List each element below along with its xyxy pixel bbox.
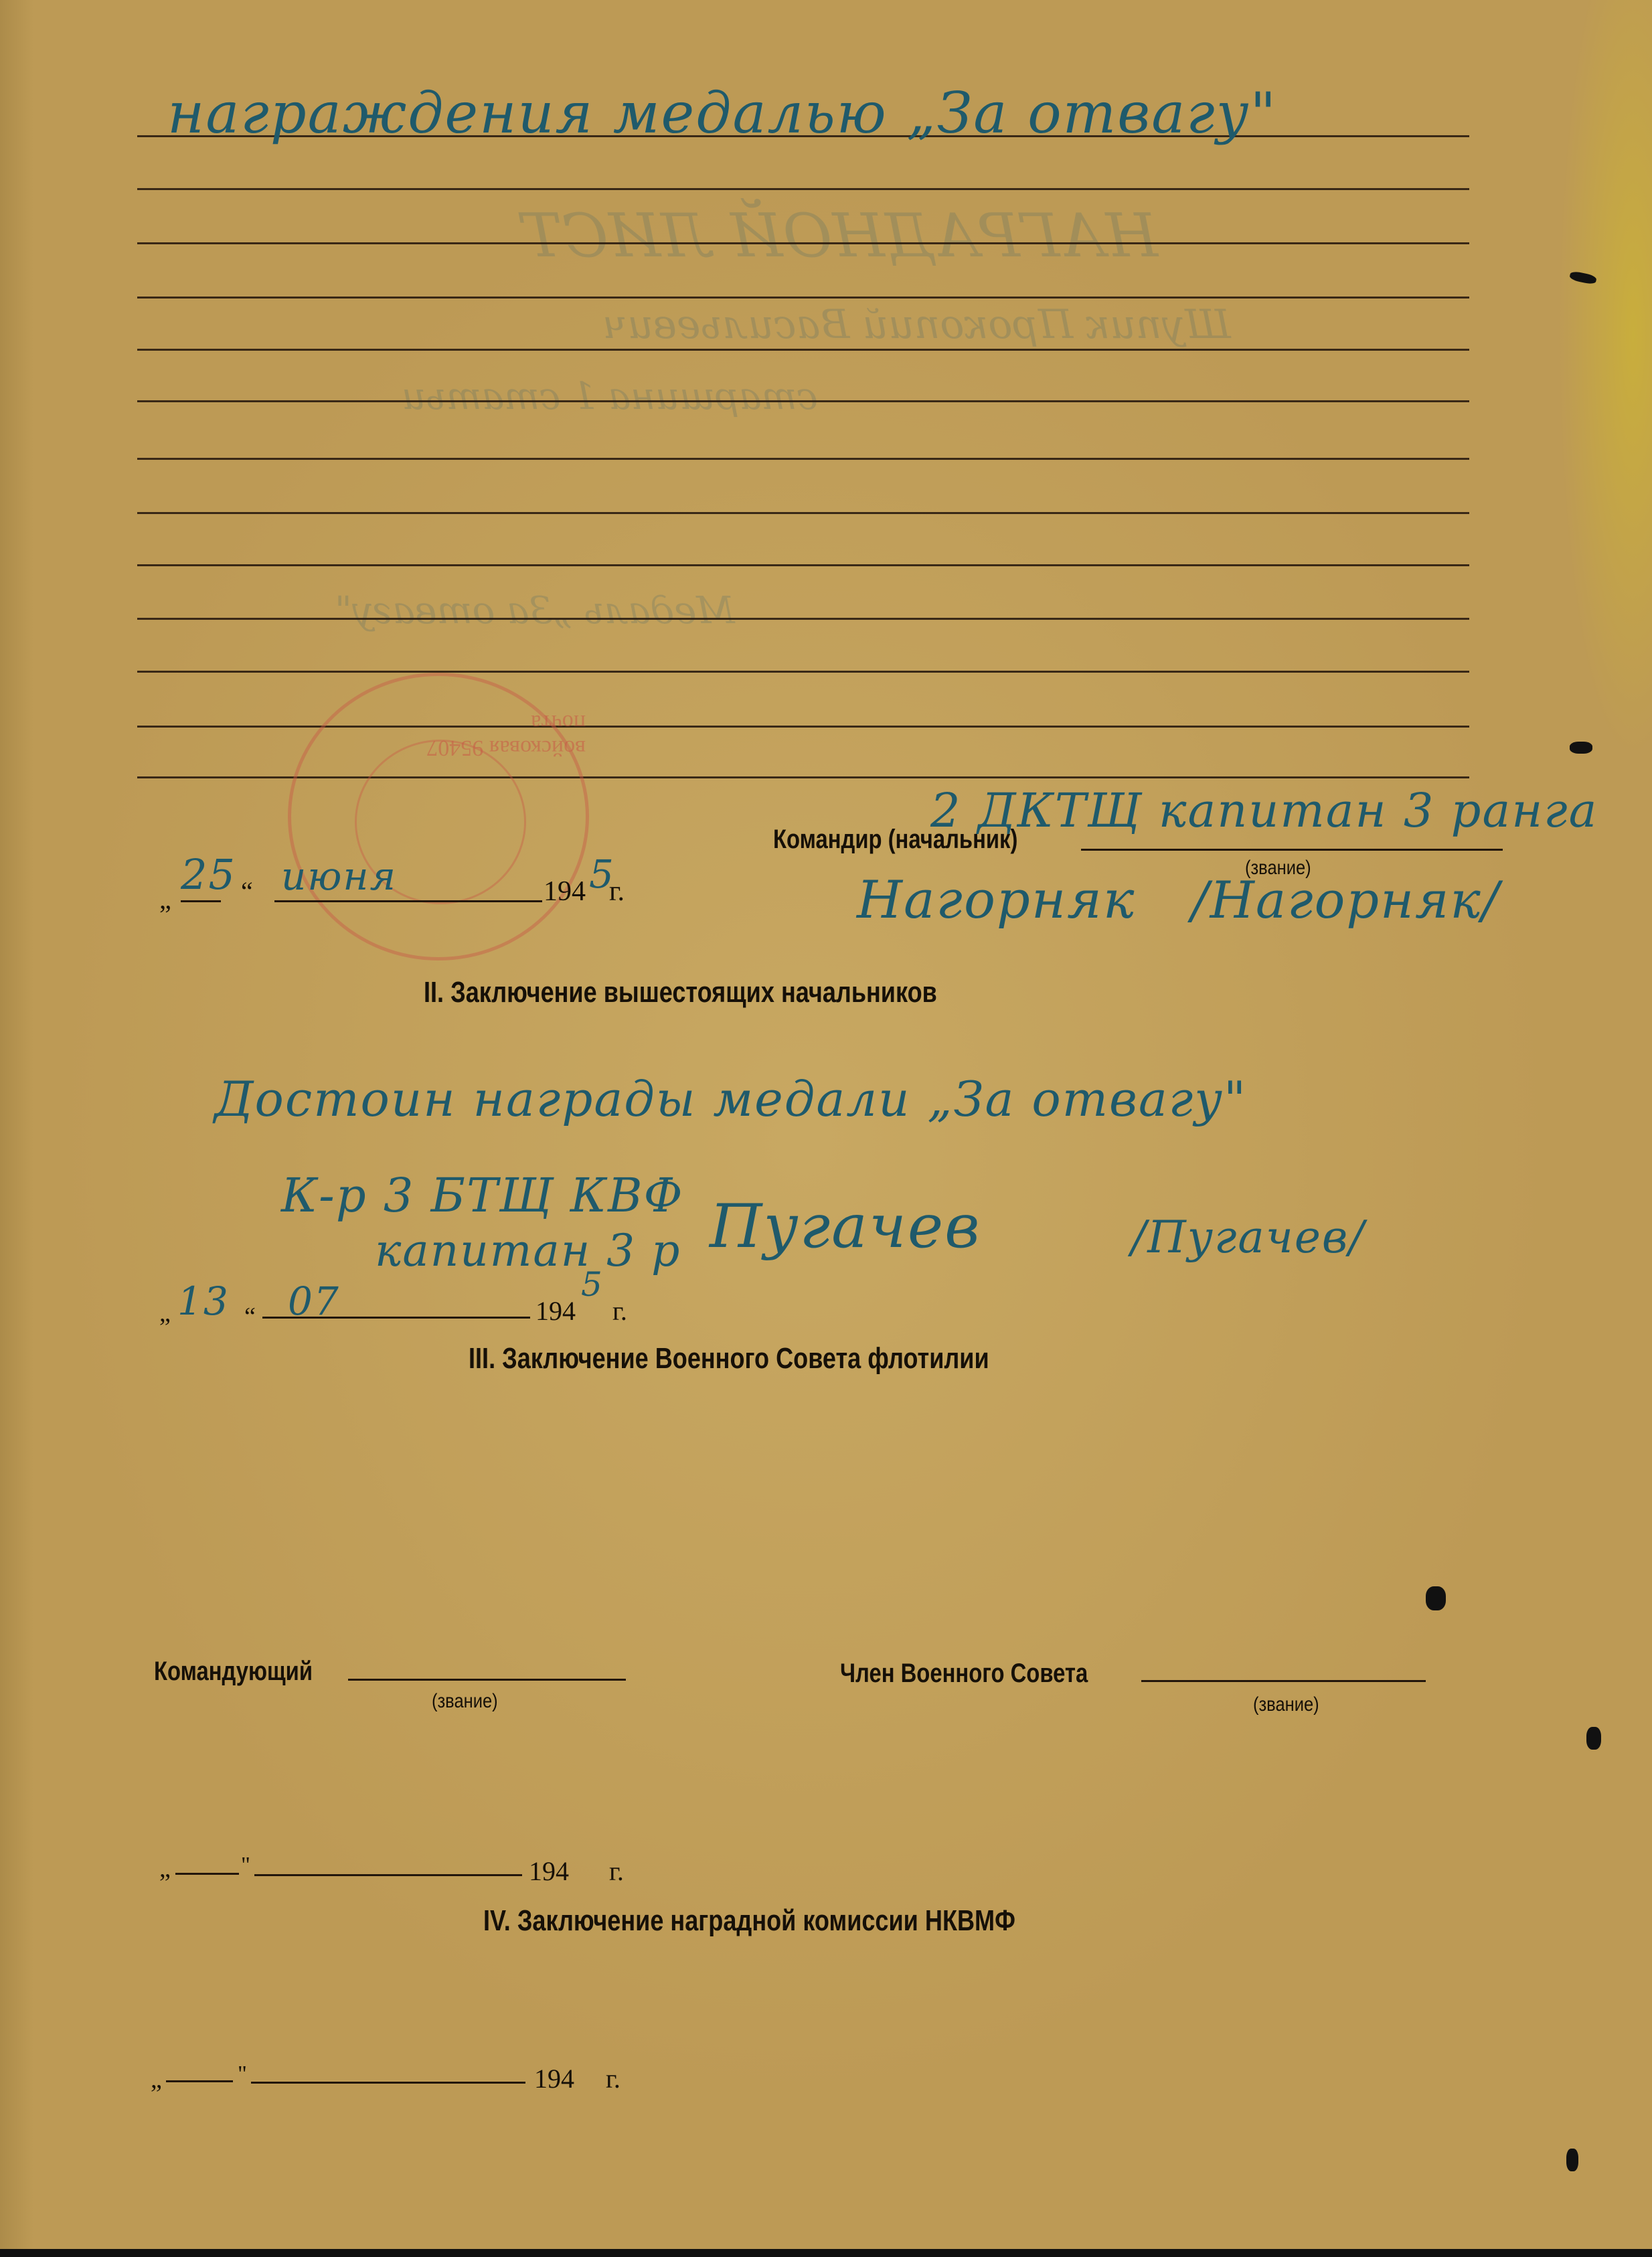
commander-name-bracketed: /Нагорняк/ xyxy=(1191,870,1500,930)
award-handwritten-header: награждения медалью „За отвагу" xyxy=(167,80,1277,146)
ruled-line xyxy=(137,618,1469,620)
paper-tear-hole xyxy=(1586,1727,1601,1750)
s2-date-month-handwritten: 07 xyxy=(288,1278,340,1324)
section-2-title: II. Заключение вышестоящих начальников xyxy=(424,976,937,1009)
ruled-line xyxy=(137,564,1469,566)
s4-date-day-underline xyxy=(166,2080,233,2082)
date-day-handwritten: 25 xyxy=(181,850,236,899)
s4-date-quote-close: " xyxy=(238,2062,247,2087)
ruled-line xyxy=(137,297,1469,299)
date-quote-open: „ xyxy=(159,884,171,915)
commanding-officer-label: Командующий xyxy=(154,1657,313,1687)
commander-rank-handwritten: 2 ДКТЩ капитан 3 ранга xyxy=(930,783,1598,838)
s2-date-year-printed: 194 xyxy=(535,1295,576,1327)
seal-text: войсковая 95407 почта xyxy=(371,709,586,760)
s2-date-quote-open: „ xyxy=(159,1299,171,1328)
s3-date-year-printed: 194 xyxy=(529,1855,569,1887)
s4-date-year-printed: 194 xyxy=(534,2063,574,2094)
date-month-handwritten: июня xyxy=(281,853,397,899)
s3-date-month-underline xyxy=(254,1874,522,1876)
section-3-title: III. Заключение Военного Совета флотилии xyxy=(469,1342,989,1375)
s3-date-quote-close: " xyxy=(241,1853,250,1878)
date-year-suffix: г. xyxy=(609,875,625,908)
s3-date-day-underline xyxy=(175,1873,239,1875)
s2-date-year-handwritten: 5 xyxy=(581,1265,604,1304)
bleed-through-text: НАГРАДНОЙ ЛИСТ xyxy=(522,201,1158,271)
ruled-line xyxy=(137,671,1469,673)
document-page: НАГРАДНОЙ ЛИСТ Шупик Прокопий Васильевич… xyxy=(0,0,1652,2257)
s3-date-year-suffix: г. xyxy=(609,1855,624,1887)
s4-date-quote-open: „ xyxy=(151,2065,162,2094)
s2-date-day-handwritten: 13 xyxy=(177,1278,230,1324)
section-2-signer-rank: капитан 3 р xyxy=(375,1225,681,1276)
section-2-signature: Пугачев xyxy=(710,1191,981,1262)
date-month-underline xyxy=(274,900,542,902)
ruled-line xyxy=(137,400,1469,402)
paper-tear-hole xyxy=(1569,270,1597,285)
paper-tear-hole xyxy=(1426,1586,1446,1610)
ruled-line xyxy=(137,349,1469,351)
ruled-line xyxy=(137,188,1469,190)
council-rank-underline xyxy=(1141,1680,1426,1682)
paper-tear-hole xyxy=(1566,2149,1578,2171)
section-2-name-bracketed: /Пугачев/ xyxy=(1131,1211,1366,1263)
commanding-rank-caption: (звание) xyxy=(432,1690,498,1713)
section-4-title: IV. Заключение наградной комиссии НКВМФ xyxy=(483,1904,1015,1938)
bleed-through-text: Медаль „За отвагу" xyxy=(335,589,735,633)
bleed-through-text: старшина 1 статьи xyxy=(402,375,818,418)
council-member-label: Член Военного Совета xyxy=(840,1659,1088,1689)
section-2-signer-unit: К-р 3 БТЩ КВФ xyxy=(281,1168,684,1223)
s2-date-year-suffix: г. xyxy=(612,1295,627,1327)
official-seal-stamp: войсковая 95407 почта xyxy=(288,673,589,960)
ruled-line xyxy=(137,242,1469,244)
section-2-conclusion-handwritten: Достоин награды медали „За отвагу" xyxy=(214,1071,1247,1127)
paper-tear-hole xyxy=(1570,742,1592,754)
date-year-printed: 194 xyxy=(544,875,586,908)
date-quote-close: “ xyxy=(241,875,253,907)
commanding-rank-underline xyxy=(348,1679,626,1681)
ruled-line xyxy=(137,458,1469,460)
s4-date-year-suffix: г. xyxy=(606,2063,621,2094)
date-day-underline xyxy=(181,900,221,902)
s4-date-month-underline xyxy=(251,2082,525,2084)
s2-date-quote-close: “ xyxy=(244,1302,256,1331)
rank-underline xyxy=(1081,849,1503,851)
council-rank-caption: (звание) xyxy=(1253,1693,1319,1716)
bleed-through-text: Шупик Прокопий Васильевич xyxy=(602,301,1231,348)
page-fold-shadow xyxy=(0,0,33,2249)
s3-date-quote-open: „ xyxy=(159,1854,171,1884)
ruled-line xyxy=(137,512,1469,514)
commander-signature: Нагорняк xyxy=(857,870,1135,930)
